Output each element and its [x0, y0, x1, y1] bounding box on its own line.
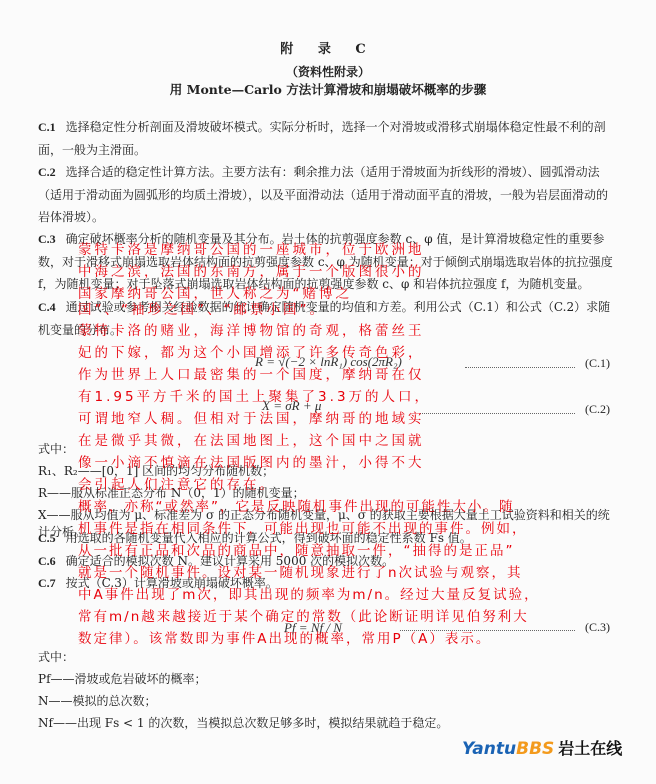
appendix-heading: 附 录 C: [0, 38, 656, 57]
overlay-line: 就是一个随机事件。设对某一随机现象进行了n次试验与观察，其: [78, 561, 523, 581]
section-number: C.7: [38, 576, 56, 590]
overlay-line: 中A事件出现了m次，即其出现的频率为m/n。经过大量反复试验，: [78, 583, 540, 603]
overlay-line: 有1.95平方千米的国土上聚集了3.3万的人口，: [78, 385, 431, 405]
overlay-line: 妃的下嫁，都为这个小国增添了许多传奇色彩，: [78, 341, 425, 361]
where-item: N——模拟的总次数；: [38, 692, 157, 709]
section-text: 选择稳定性分析剖面及滑坡破坏模式。实际分析时，选择一个对滑坡或滑移式崩塌体稳定性…: [38, 120, 606, 157]
leader-dots: [420, 413, 575, 414]
yantubbs-logo: YantuBBS岩土在线: [462, 736, 622, 759]
equation-number-c3: (C.3): [585, 620, 610, 635]
where-item: Pf——滑坡或危岩破坏的概率；: [38, 670, 207, 687]
overlay-line: 蒙特卡洛的赌业，海洋博物馆的奇观，格蕾丝王: [78, 319, 425, 339]
section-c1: C.1选择稳定性分析剖面及滑坡破坏模式。实际分析时，选择一个对滑坡或滑移式崩塌体…: [38, 116, 618, 161]
overlay-line: 蒙特卡洛是摩纳哥公国的一座城市，位于欧洲地: [78, 238, 425, 258]
section-number: C.3: [38, 232, 56, 246]
overlay-line: 在是微乎其微，在法国地图上，这个国中之国就: [78, 429, 425, 449]
overlay-line: 概率，亦称“或然率”，它是反映随机事件出现的可能性大小。随: [78, 495, 515, 515]
overlay-line: 机事件是指在相同条件下，可能出现也可能不出现的事件。例如，: [78, 517, 528, 537]
overlay-line: 可谓地窄人稠。但相对于法国，摩纳哥的地域实: [78, 407, 425, 427]
overlay-line: 中海之滨，法国的东南方，属于一个版图很小的: [78, 260, 425, 280]
section-number: C.5: [38, 531, 56, 545]
appendix-type: （资料性附录）: [0, 63, 656, 80]
equation-number-c1: (C.1): [585, 356, 610, 371]
overlay-line: 会引起人们注意它的存在。: [78, 473, 276, 493]
overlay-line: 像一小滴不慎滴在法国版图内的墨汁，小得不大: [78, 451, 425, 471]
appendix-title: 用 Monte—Carlo 方法计算滑坡和崩塌破坏概率的步骤: [0, 80, 656, 98]
document-page: 附 录 C （资料性附录） 用 Monte—Carlo 方法计算滑坡和崩塌破坏概…: [0, 0, 656, 784]
section-c2: C.2选择合适的稳定性计算方法。主要方法有：剩余推力法（适用于滑坡面为折线形的滑…: [38, 161, 618, 229]
where-item: Nf——出现 Fs < 1 的次数，当模拟总次数足够多时，模拟结果就趋于稳定。: [38, 714, 448, 731]
overlay-line: 常有m/n越来越接近于某个确定的常数（此论断证明详见伯努利大: [78, 605, 529, 625]
section-number: C.2: [38, 165, 56, 179]
where-intro: 式中：: [38, 648, 74, 665]
section-number: C.4: [38, 300, 56, 314]
overlay-line: 作为世界上人口最密集的一个国度，摩纳哥在仅: [78, 363, 425, 383]
section-text: 选择合适的稳定性计算方法。主要方法有：剩余推力法（适用于滑坡面为折线形的滑坡）、…: [38, 165, 608, 224]
leader-dots: [465, 367, 575, 368]
section-number: C.6: [38, 554, 56, 568]
overlay-line: 国”、“袖珍之国”、“邮票小国”。: [78, 298, 326, 318]
where-intro: 式中：: [38, 440, 74, 457]
equation-number-c2: (C.2): [585, 402, 610, 417]
section-number: C.1: [38, 120, 56, 134]
overlay-line: 数定律）。该常数即为事件A出现的概率，常用P（A）表示。: [78, 627, 491, 647]
overlay-line: 从一批有正品和次品的商品中，随意抽取一件，“抽得的是正品”: [78, 539, 515, 559]
